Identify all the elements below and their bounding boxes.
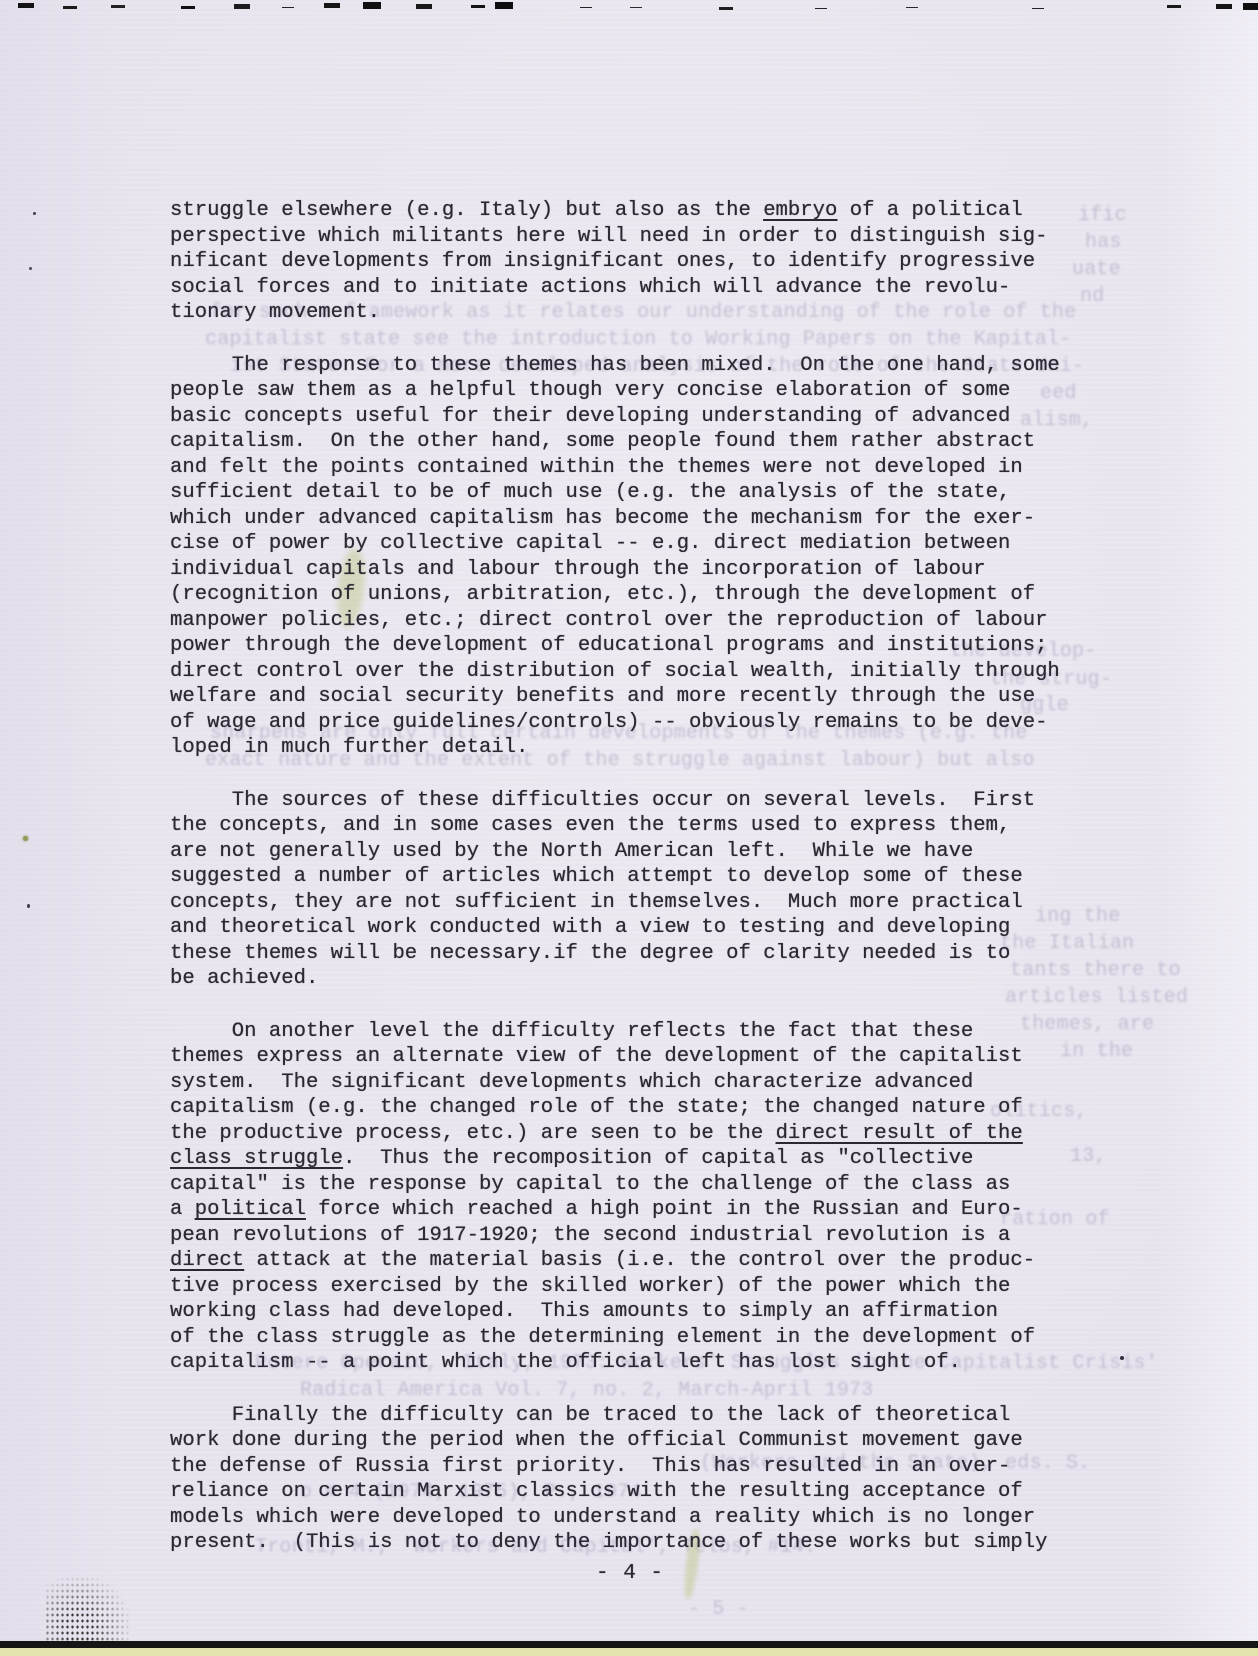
- text-line: of wage and price guidelines/controls) -…: [170, 710, 1130, 736]
- text-line: welfare and social security benefits and…: [170, 684, 1130, 710]
- text-line: people saw them as a helpful though very…: [170, 378, 1130, 404]
- text-line: system. The significant developments whi…: [170, 1070, 1130, 1096]
- paragraph: On another level the difficulty reflects…: [170, 1019, 1130, 1376]
- scan-edge-marks: [18, 3, 34, 8]
- text-line: (recognition of unions, arbitration, etc…: [170, 582, 1130, 608]
- ink-speck: [27, 904, 30, 908]
- text-line: basic concepts useful for their developi…: [170, 404, 1130, 430]
- text-line: capitalism (e.g. the changed role of the…: [170, 1095, 1130, 1121]
- text-line: The response to these themes has been mi…: [170, 353, 1130, 379]
- text-line: class struggle. Thus the recomposition o…: [170, 1146, 1130, 1172]
- text-line: be achieved.: [170, 966, 1130, 992]
- text-line: themes express an alternate view of the …: [170, 1044, 1130, 1070]
- text-line: work done during the period when the off…: [170, 1428, 1130, 1454]
- text-block: struggle elsewhere (e.g. Italy) but also…: [170, 198, 1130, 1583]
- text-line: of the class struggle as the determining…: [170, 1325, 1130, 1351]
- paragraph: The sources of these difficulties occur …: [170, 788, 1130, 992]
- text-line: present. (This is not to deny the import…: [170, 1530, 1130, 1556]
- paragraph: Finally the difficulty can be traced to …: [170, 1403, 1130, 1556]
- text-line: which under advanced capitalism has beco…: [170, 506, 1130, 532]
- page-number: - 4 -: [170, 1562, 1090, 1585]
- paragraph: The response to these themes has been mi…: [170, 353, 1130, 761]
- text-line: sufficient detail to be of much use (e.g…: [170, 480, 1130, 506]
- text-line: concepts, they are not sufficient in the…: [170, 890, 1130, 916]
- text-line: On another level the difficulty reflects…: [170, 1019, 1130, 1045]
- text-line: social forces and to initiate actions wh…: [170, 275, 1130, 301]
- text-line: power through the development of educati…: [170, 633, 1130, 659]
- text-line: reliance on certain Marxist classics wit…: [170, 1479, 1130, 1505]
- text-line: pean revolutions of 1917-1920; the secon…: [170, 1223, 1130, 1249]
- text-line: tionary movement.: [170, 300, 1130, 326]
- text-line: these themes will be necessary.if the de…: [170, 941, 1130, 967]
- text-line: capitalism -- a point which the official…: [170, 1350, 1130, 1376]
- text-line: models which were developed to understan…: [170, 1505, 1130, 1531]
- text-line: the concepts, and in some cases even the…: [170, 813, 1130, 839]
- text-line: the productive process, etc.) are seen t…: [170, 1121, 1130, 1147]
- text-line: manpower policies, etc.; direct control …: [170, 608, 1130, 634]
- text-line: struggle elsewhere (e.g. Italy) but also…: [170, 198, 1130, 224]
- ink-smudge: [45, 1576, 130, 1644]
- text-line: direct control over the distribution of …: [170, 659, 1130, 685]
- text-line: nificant developments from insignificant…: [170, 249, 1130, 275]
- text-line: direct attack at the material basis (i.e…: [170, 1248, 1130, 1274]
- text-line: perspective which militants here will ne…: [170, 224, 1130, 250]
- text-line: individual capitals and labour through t…: [170, 557, 1130, 583]
- scan-bottom-rule: [0, 1641, 1258, 1648]
- text-line: cise of power by collective capital -- e…: [170, 531, 1130, 557]
- text-line: suggested a number of articles which att…: [170, 864, 1130, 890]
- text-line: are not generally used by the North Amer…: [170, 839, 1130, 865]
- text-line: loped in much further detail.: [170, 735, 1130, 761]
- scanned-document-page: ifichasuatendfor such a framework as it …: [0, 0, 1258, 1656]
- ink-speck: [33, 212, 36, 215]
- text-line: The sources of these difficulties occur …: [170, 788, 1130, 814]
- text-line: a political force which reached a high p…: [170, 1197, 1130, 1223]
- text-line: working class had developed. This amount…: [170, 1299, 1130, 1325]
- text-line: tive process exercised by the skilled wo…: [170, 1274, 1130, 1300]
- ink-speck: [29, 267, 32, 270]
- text-line: and theoretical work conducted with a vi…: [170, 915, 1130, 941]
- paragraph: struggle elsewhere (e.g. Italy) but also…: [170, 198, 1130, 326]
- text-line: and felt the points contained within the…: [170, 455, 1130, 481]
- ink-speck: [23, 836, 28, 841]
- next-page-edge: [0, 1648, 1258, 1656]
- bleedthrough-text: - 5 -: [688, 1598, 749, 1621]
- text-line: the defense of Russia first priority. Th…: [170, 1454, 1130, 1480]
- text-line: Finally the difficulty can be traced to …: [170, 1403, 1130, 1429]
- ink-speck: [1120, 1356, 1124, 1360]
- text-line: capitalism. On the other hand, some peop…: [170, 429, 1130, 455]
- text-line: capital" is the response by capital to t…: [170, 1172, 1130, 1198]
